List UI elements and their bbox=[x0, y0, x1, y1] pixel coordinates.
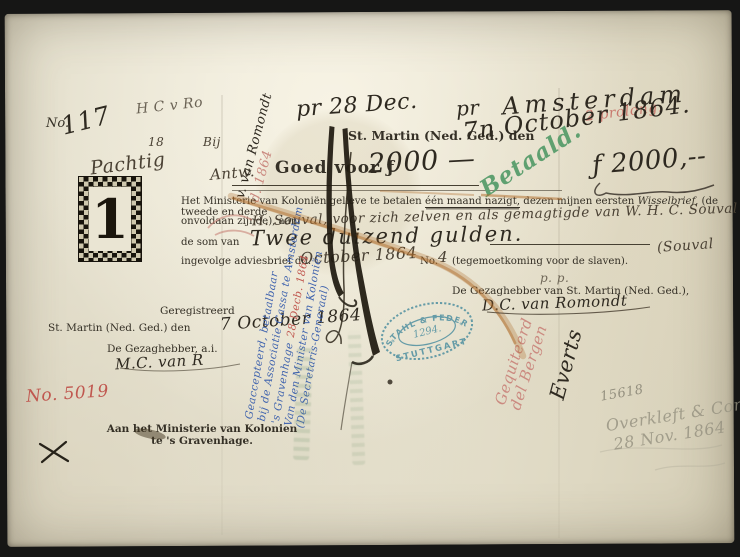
scanned-bill-of-exchange: No. 117 H C v Ro pr 28 Dec. pr Amsterdam… bbox=[0, 0, 740, 557]
rust-underline-1 bbox=[481, 195, 562, 199]
pencil-scrawl bbox=[600, 445, 725, 470]
cancellation-hook-right bbox=[352, 356, 373, 364]
registered-signature-flourish bbox=[120, 364, 240, 371]
rust-underline-2 bbox=[380, 191, 474, 195]
rust-smear bbox=[231, 196, 523, 356]
ink-dot bbox=[388, 380, 393, 385]
ink-overlay: STAHL & FEDERER 1294. STUTTGART * * bbox=[0, 0, 740, 557]
red-scrawl bbox=[208, 215, 254, 236]
cancellation-hook-left bbox=[339, 297, 356, 306]
ink-smudge bbox=[133, 426, 166, 441]
pen-flourish-tail bbox=[341, 362, 352, 430]
oval-stamp: STAHL & FEDERER 1294. STUTTGART * * bbox=[376, 294, 478, 368]
stamp-bottom-text: STUTTGART bbox=[395, 337, 469, 365]
amount-flourish bbox=[595, 183, 714, 195]
x-mark bbox=[40, 442, 68, 462]
cancellation-stroke-left bbox=[326, 126, 344, 297]
signature-underline bbox=[487, 307, 650, 314]
